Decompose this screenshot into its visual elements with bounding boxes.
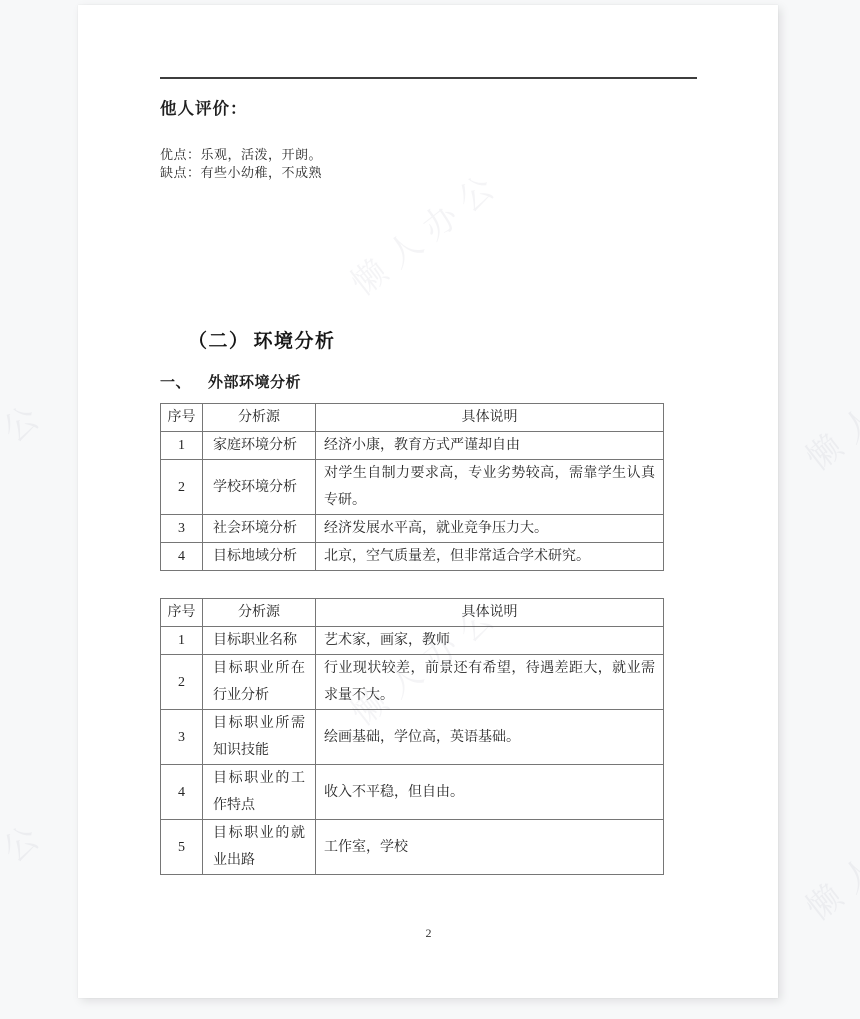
weaknesses-line: 缺点：有些小幼稚，不成熟 bbox=[160, 164, 322, 182]
cell-no: 2 bbox=[161, 655, 203, 710]
col-header-no: 序号 bbox=[161, 404, 203, 432]
target-career-table: 序号 分析源 具体说明 1 目标职业名称 艺术家，画家，教师 2 目标职业所在行… bbox=[160, 598, 664, 875]
table-row: 4 目标职业的工作特点 收入不平稳，但自由。 bbox=[161, 765, 664, 820]
others-evaluation-heading: 他人评价： bbox=[160, 95, 248, 119]
watermark: 懒人办公 bbox=[794, 330, 860, 479]
document-page: 他人评价： 优点：乐观，活泼，开朗。 缺点：有些小幼稚，不成熟 （二）环境分析 … bbox=[78, 5, 778, 998]
section-heading: （二）环境分析 bbox=[188, 326, 336, 353]
canvas: 他人评价： 优点：乐观，活泼，开朗。 缺点：有些小幼稚，不成熟 （二）环境分析 … bbox=[0, 0, 860, 1019]
cell-source: 目标职业名称 bbox=[203, 627, 316, 655]
cell-source: 学校环境分析 bbox=[203, 460, 316, 515]
watermark: 懒人办公 bbox=[0, 805, 56, 954]
table-row: 3 社会环境分析 经济发展水平高，就业竞争压力大。 bbox=[161, 515, 664, 543]
cell-source: 社会环境分析 bbox=[203, 515, 316, 543]
table-row: 1 家庭环境分析 经济小康，教育方式严谨却自由 bbox=[161, 432, 664, 460]
col-header-no: 序号 bbox=[161, 599, 203, 627]
cell-detail: 绘画基础，学位高，英语基础。 bbox=[316, 710, 664, 765]
cell-source: 目标职业所在行业分析 bbox=[203, 655, 316, 710]
cell-source: 家庭环境分析 bbox=[203, 432, 316, 460]
external-environment-table: 序号 分析源 具体说明 1 家庭环境分析 经济小康，教育方式严谨却自由 2 学校… bbox=[160, 403, 664, 571]
table-header-row: 序号 分析源 具体说明 bbox=[161, 404, 664, 432]
cell-detail: 经济发展水平高，就业竞争压力大。 bbox=[316, 515, 664, 543]
cell-detail: 经济小康，教育方式严谨却自由 bbox=[316, 432, 664, 460]
cell-source: 目标职业所需知识技能 bbox=[203, 710, 316, 765]
col-header-source: 分析源 bbox=[203, 599, 316, 627]
strengths-line: 优点：乐观，活泼，开朗。 bbox=[160, 146, 322, 164]
watermark: 懒人办公 bbox=[0, 385, 56, 534]
cell-detail: 行业现状较差，前景还有希望，待遇差距大，就业需求量不大。 bbox=[316, 655, 664, 710]
cell-source: 目标职业的工作特点 bbox=[203, 765, 316, 820]
page-number: 2 bbox=[160, 926, 697, 941]
table-row: 2 学校环境分析 对学生自制力要求高，专业劣势较高，需靠学生认真专研。 bbox=[161, 460, 664, 515]
section-number: （二） bbox=[188, 331, 250, 352]
cell-detail: 工作室，学校 bbox=[316, 820, 664, 875]
subsection-title: 外部环境分析 bbox=[208, 375, 301, 391]
cell-no: 1 bbox=[161, 627, 203, 655]
subsection-number: 一、 bbox=[160, 375, 191, 391]
table-row: 2 目标职业所在行业分析 行业现状较差，前景还有希望，待遇差距大，就业需求量不大… bbox=[161, 655, 664, 710]
cell-no: 1 bbox=[161, 432, 203, 460]
watermark: 懒人办公 bbox=[794, 780, 860, 929]
cell-no: 2 bbox=[161, 460, 203, 515]
cell-detail: 收入不平稳，但自由。 bbox=[316, 765, 664, 820]
cell-source: 目标地域分析 bbox=[203, 543, 316, 571]
col-header-detail: 具体说明 bbox=[316, 404, 664, 432]
cell-no: 3 bbox=[161, 710, 203, 765]
evaluation-lines: 优点：乐观，活泼，开朗。 缺点：有些小幼稚，不成熟 bbox=[160, 146, 322, 182]
subsection-heading: 一、外部环境分析 bbox=[160, 371, 301, 392]
table-row: 5 目标职业的就业出路 工作室，学校 bbox=[161, 820, 664, 875]
cell-no: 3 bbox=[161, 515, 203, 543]
cell-no: 4 bbox=[161, 765, 203, 820]
col-header-source: 分析源 bbox=[203, 404, 316, 432]
cell-detail: 对学生自制力要求高，专业劣势较高，需靠学生认真专研。 bbox=[316, 460, 664, 515]
cell-source: 目标职业的就业出路 bbox=[203, 820, 316, 875]
header-rule bbox=[160, 77, 697, 79]
cell-no: 5 bbox=[161, 820, 203, 875]
cell-detail: 北京，空气质量差，但非常适合学术研究。 bbox=[316, 543, 664, 571]
cell-detail: 艺术家，画家，教师 bbox=[316, 627, 664, 655]
section-title: 环境分析 bbox=[254, 331, 336, 352]
table-row: 1 目标职业名称 艺术家，画家，教师 bbox=[161, 627, 664, 655]
col-header-detail: 具体说明 bbox=[316, 599, 664, 627]
table-header-row: 序号 分析源 具体说明 bbox=[161, 599, 664, 627]
table-row: 3 目标职业所需知识技能 绘画基础，学位高，英语基础。 bbox=[161, 710, 664, 765]
cell-no: 4 bbox=[161, 543, 203, 571]
table-row: 4 目标地域分析 北京，空气质量差，但非常适合学术研究。 bbox=[161, 543, 664, 571]
